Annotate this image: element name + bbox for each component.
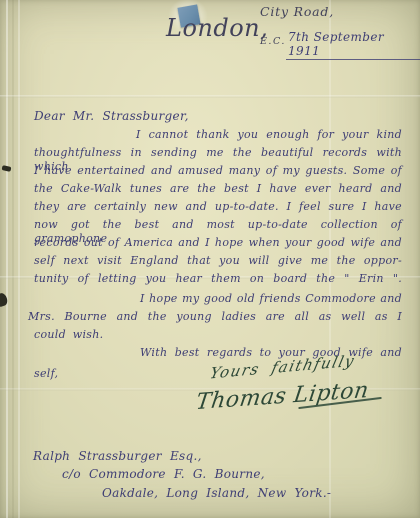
fold-crease-vertical-left-1	[6, 0, 8, 518]
recipient-line: Ralph Strassburger Esq.,	[33, 449, 202, 463]
closing-line: With best regards to your good wife and	[140, 346, 402, 360]
body-line: they are certainly new and up-to-date. I…	[34, 200, 402, 214]
fold-crease-vertical-left-2	[12, 0, 14, 518]
body-line: I have entertained and amused many of my…	[34, 164, 402, 178]
body-line: I hope my good old friends Commodore and	[140, 292, 402, 306]
fold-crease-horizontal-1	[0, 95, 420, 98]
letterhead-city: London,	[166, 14, 268, 42]
ink-blot	[0, 292, 9, 307]
salutation: Dear Mr. Strassburger,	[34, 109, 189, 123]
fold-crease-vertical-left-3	[18, 0, 20, 518]
signature-name: Thomas Lipton	[194, 378, 370, 415]
body-line: tunity of letting you hear them on board…	[34, 272, 402, 286]
letterhead-street: City Road,	[260, 4, 334, 19]
recipient-line: Oakdale, Long Island, New York.-	[102, 486, 331, 500]
ink-blot	[2, 165, 12, 172]
body-line: could wish.	[34, 328, 103, 342]
handwritten-date: 7th September 1911	[286, 30, 420, 60]
closing-line: self,	[34, 367, 58, 381]
body-line: records out of America and I hope when y…	[34, 236, 402, 250]
body-line: self next visit England that you will gi…	[34, 254, 402, 268]
recipient-line: c/o Commodore F. G. Bourne,	[62, 467, 265, 481]
body-line: Mrs. Bourne and the young ladies are all…	[28, 310, 402, 324]
letter-photograph: City Road, London, E.C. 7th September 19…	[0, 0, 420, 518]
letterhead-district: E.C.	[260, 36, 286, 47]
body-line: the Cake-Walk tunes are the best I have …	[34, 182, 402, 196]
body-line: I cannot thank you enough for your kind	[136, 128, 402, 142]
